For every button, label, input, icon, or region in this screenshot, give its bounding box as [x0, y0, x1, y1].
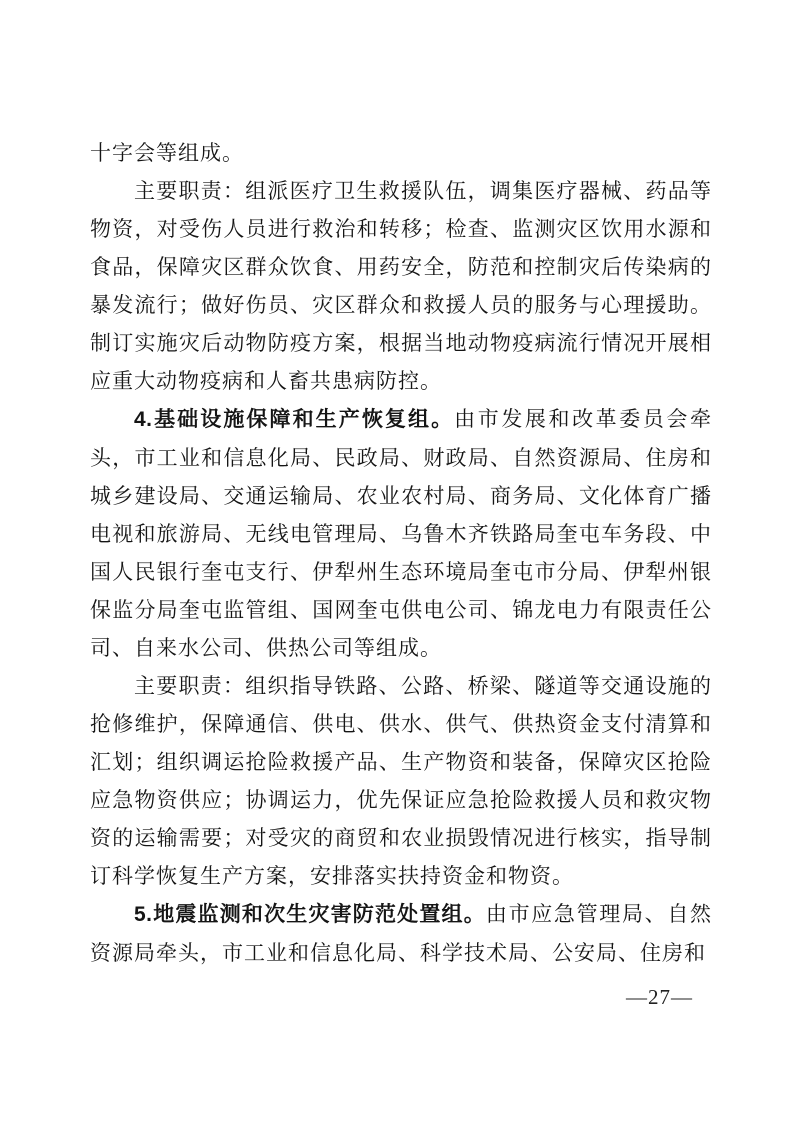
paragraph-text: 由市发展和改革委员会牵头，市工业和信息化局、民政局、财政局、自然资源局、住房和城… — [90, 407, 712, 660]
paragraph-text: 主要职责：组织指导铁路、公路、桥梁、隧道等交通设施的抢修维护，保障通信、供电、供… — [90, 674, 712, 888]
paragraph-group-5: 5.地震监测和次生灾害防范处置组。由市应急管理局、自然资源局牵头，市工业和信息化… — [90, 895, 712, 972]
page-number: —27— — [626, 985, 693, 1010]
paragraph-duties-infrastructure: 主要职责：组织指导铁路、公路、桥梁、隧道等交通设施的抢修维护，保障通信、供电、供… — [90, 667, 712, 895]
paragraph-continuation: 十字会等组成。 — [90, 134, 712, 172]
group-4-heading: 4.基础设施保障和生产恢复组。 — [134, 408, 454, 431]
group-5-heading: 5.地震监测和次生灾害防范处置组。 — [134, 903, 486, 926]
paragraph-duties-medical: 主要职责：组派医疗卫生救援队伍，调集医疗器械、药品等物资，对受伤人员进行救治和转… — [90, 172, 712, 400]
paragraph-text: 十字会等组成。 — [90, 141, 244, 165]
document-body: 十字会等组成。 主要职责：组派医疗卫生救援队伍，调集医疗器械、药品等物资，对受伤… — [90, 134, 712, 972]
paragraph-group-4: 4.基础设施保障和生产恢复组。由市发展和改革委员会牵头，市工业和信息化局、民政局… — [90, 400, 712, 667]
document-page: 十字会等组成。 主要职责：组派医疗卫生救援队伍，调集医疗器械、药品等物资，对受伤… — [0, 0, 793, 1122]
paragraph-text: 主要职责：组派医疗卫生救援队伍，调集医疗器械、药品等物资，对受伤人员进行救治和转… — [90, 179, 712, 393]
